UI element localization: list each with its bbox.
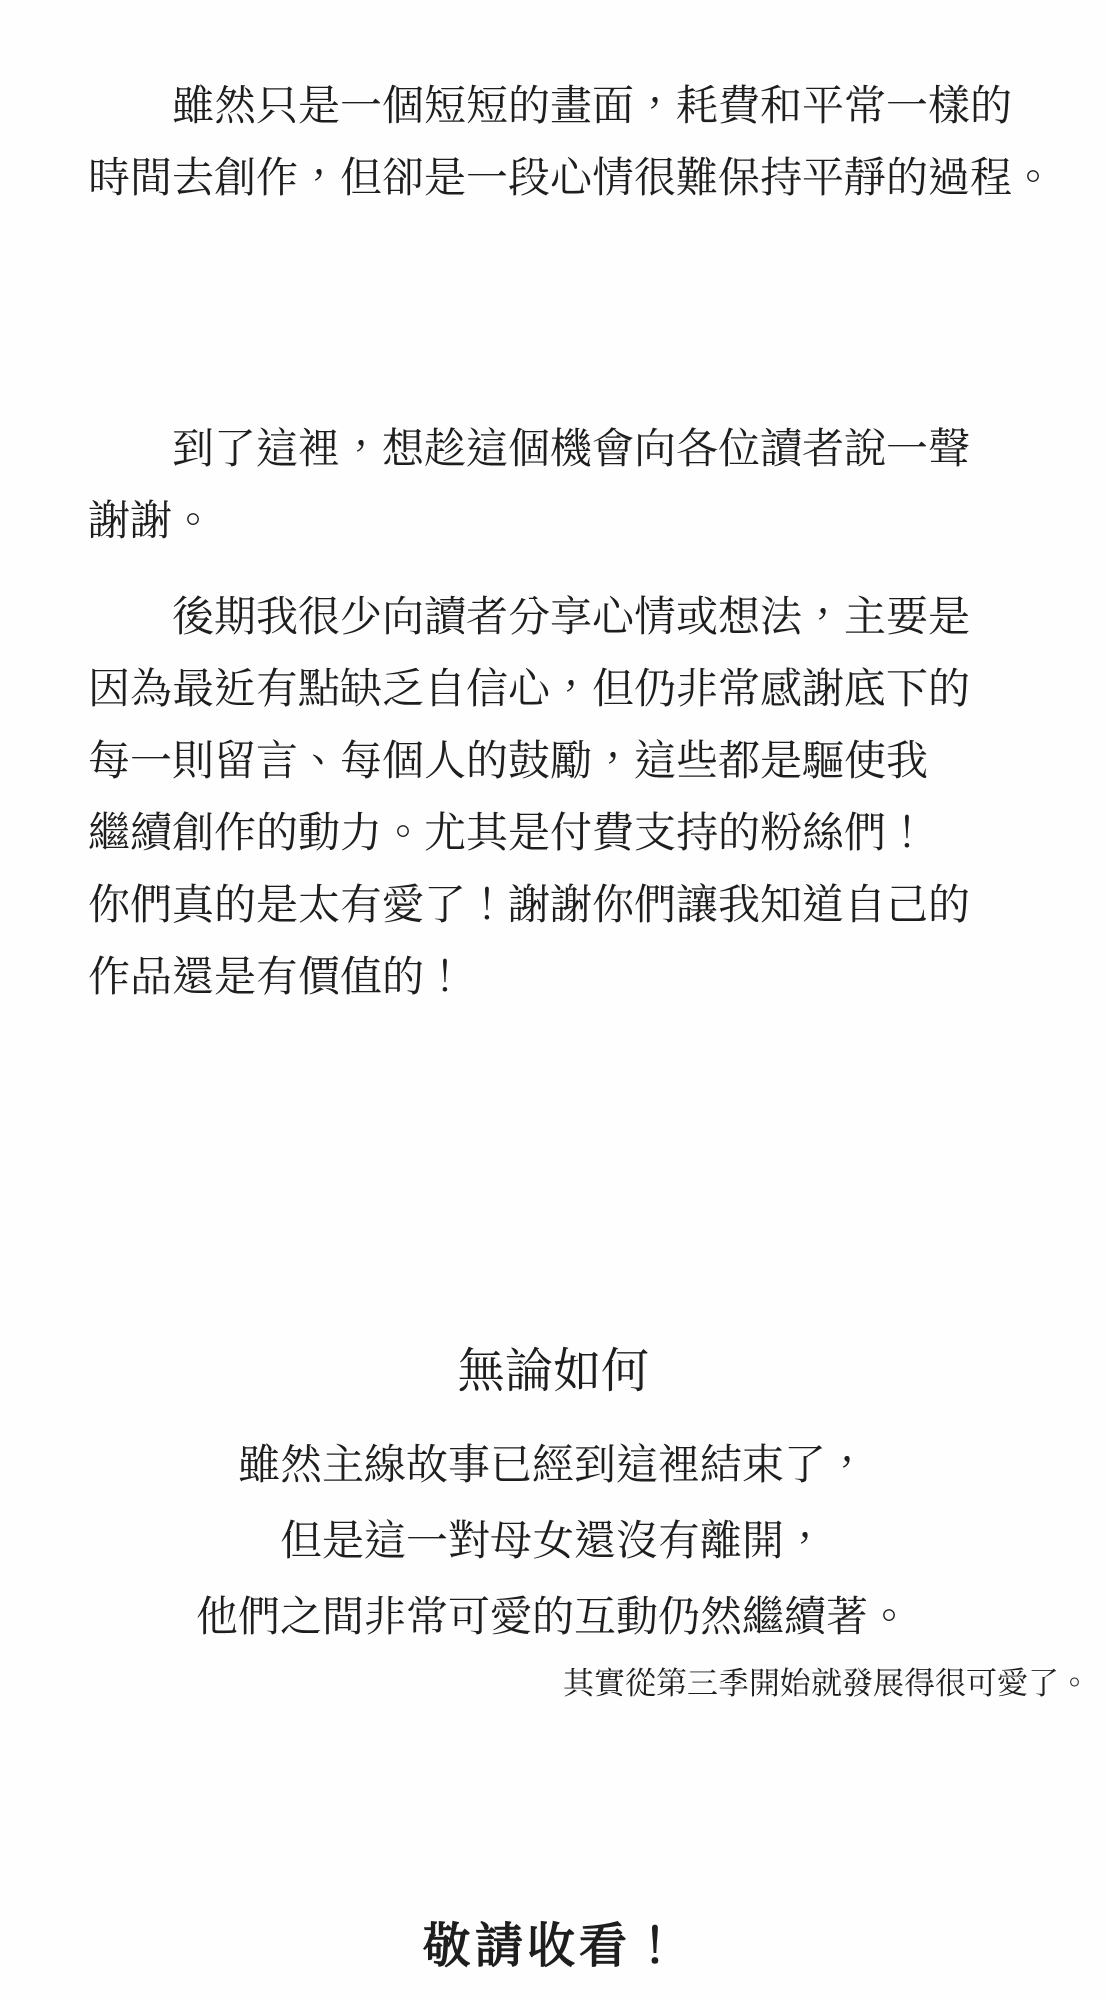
- paragraph-line: 你們真的是太有愛了！謝謝你們讓我知道自己的: [88, 869, 1066, 941]
- paragraph-line: 謝謝。: [88, 485, 1066, 557]
- paragraph-line: 到了這裡，想趁這個機會向各位讀者說一聲: [88, 413, 1066, 485]
- closing-line: 雖然主線故事已經到這裡結束了，: [0, 1427, 1106, 1503]
- paragraph-3: 後期我很少向讀者分享心情或想法，主要是 因為最近有點缺乏自信心，但仍非常感謝底下…: [0, 581, 1106, 1013]
- paragraph-line: 作品還是有價值的！: [88, 941, 1066, 1013]
- paragraph-line: 每一則留言、每個人的鼓勵，這些都是驅使我: [88, 725, 1066, 797]
- paragraph-2: 到了這裡，想趁這個機會向各位讀者說一聲 謝謝。: [0, 413, 1106, 557]
- side-note: 其實從第三季開始就發展得很可愛了。: [0, 1662, 1106, 1706]
- paragraph-line: 繼續創作的動力。尤其是付費支持的粉絲們！: [88, 797, 1066, 869]
- paragraph-line: 時間去創作，但卻是一段心情很難保持平靜的過程。: [88, 142, 1066, 214]
- closing-line: 但是這一對母女還沒有離開，: [0, 1503, 1106, 1579]
- closing-lines: 雖然主線故事已經到這裡結束了， 但是這一對母女還沒有離開， 他們之間非常可愛的互…: [0, 1427, 1106, 1655]
- paragraph-line: 雖然只是一個短短的畫面，耗費和平常一樣的: [88, 70, 1066, 142]
- closing-heading: 無論如何: [0, 1342, 1106, 1402]
- paragraph-line: 後期我很少向讀者分享心情或想法，主要是: [88, 581, 1066, 653]
- paragraph-1: 雖然只是一個短短的畫面，耗費和平常一樣的 時間去創作，但卻是一段心情很難保持平靜…: [0, 70, 1106, 214]
- closing-line: 他們之間非常可愛的互動仍然繼續著。: [0, 1579, 1106, 1655]
- paragraph-line: 因為最近有點缺乏自信心，但仍非常感謝底下的: [88, 653, 1066, 725]
- footer-announcement: 敬請收看！: [0, 1915, 1106, 1979]
- afterword-page: 雖然只是一個短短的畫面，耗費和平常一樣的 時間去創作，但卻是一段心情很難保持平靜…: [0, 0, 1106, 2000]
